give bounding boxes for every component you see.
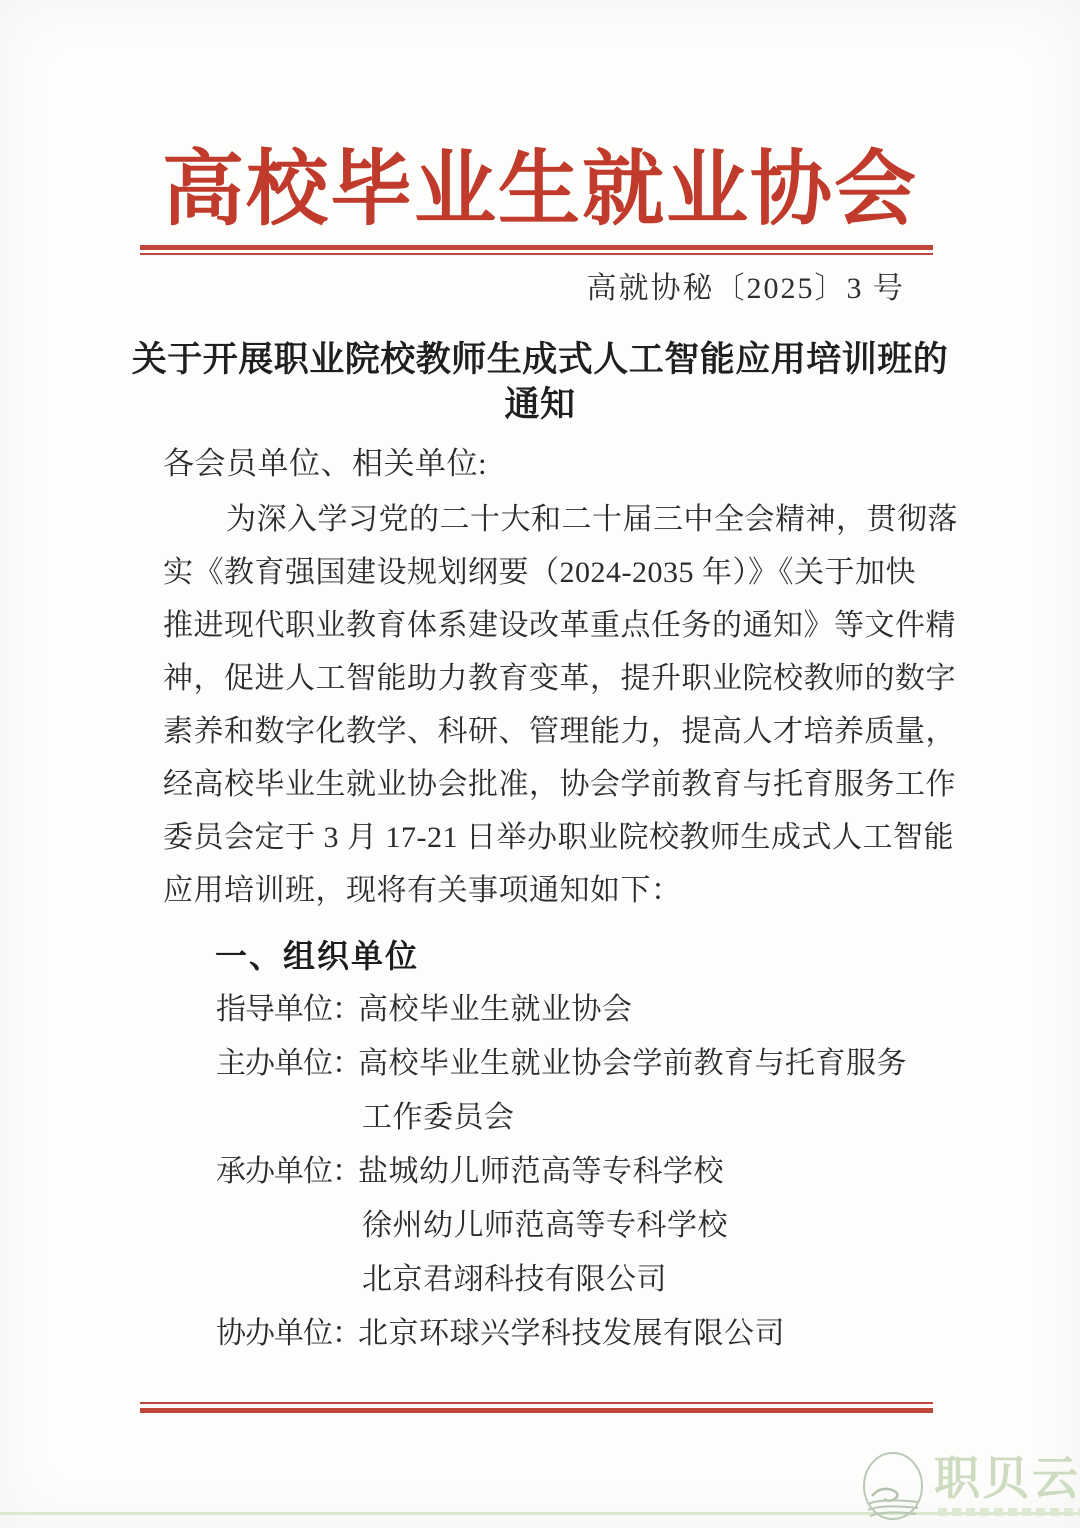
paragraph-line: 神，促进人工智能助力教育变革，提升职业院校教师的数字 [163,652,963,705]
org-row-value: 北京环球兴学科技发展有限公司 [358,1317,785,1350]
org-row-value: 盐城幼儿师范高等专科学校 [358,1155,724,1188]
footer-rule-thin [140,1402,933,1404]
org-row-host-cont: 工作委员会 [216,1091,907,1145]
document-title: 关于开展职业院校教师生成式人工智能应用培训班的 通知 [0,337,1080,427]
watermark: 职贝云数 [862,1450,1080,1528]
watermark-text: 职贝云数 [934,1452,1080,1504]
document-title-line2: 通知 [0,382,1080,427]
section-heading-organizers: 一、组织单位 [215,929,419,983]
paragraph-line: 素养和数字化教学、科研、管理能力，提高人才培养质量， [163,705,963,758]
org-row-value: 高校毕业生就业协会学前教育与托育服务 [358,1047,907,1080]
org-row-label: 承办单位： [216,1145,358,1199]
org-row-value: 高校毕业生就业协会 [358,993,633,1026]
paragraph-line: 实《教育强国建设规划纲要（2024-2035 年）》《关于加快 [163,546,963,599]
org-row-label: 协办单位： [216,1307,358,1361]
org-row-value: 徐州幼儿师范高等专科学校 [362,1209,728,1242]
paragraph-line: 委员会定于 3 月 17-21 日举办职业院校教师生成式人工智能 [163,811,963,864]
org-row-undertaker: 承办单位：盐城幼儿师范高等专科学校 [216,1145,907,1199]
paragraph-line: 经高校毕业生就业协会批准，协会学前教育与托育服务工作 [163,758,963,811]
paragraph-line: 为深入学习党的二十大和二十届三中全会精神，贯彻落 [163,493,963,546]
salutation: 各会员单位、相关单位: [163,437,487,491]
footer-rule-thick [140,1408,933,1413]
org-row-label: 指导单位： [216,983,358,1037]
org-row-value: 工作委员会 [362,1101,515,1134]
document-number: 高就协秘〔2025〕3 号 [587,272,906,306]
org-row-undertaker-cont: 徐州幼儿师范高等专科学校 [216,1199,907,1253]
watermark-subtext [938,1508,1080,1516]
body-paragraph: 为深入学习党的二十大和二十届三中全会精神，贯彻落 实《教育强国建设规划纲要（20… [163,493,963,917]
association-masthead: 高校毕业生就业协会 [0,142,1080,238]
org-row-guidance: 指导单位：高校毕业生就业协会 [216,983,907,1037]
org-row-value: 北京君翊科技有限公司 [362,1263,667,1296]
organizers-list: 指导单位：高校毕业生就业协会 主办单位：高校毕业生就业协会学前教育与托育服务 工… [216,983,907,1361]
org-row-coorganizer: 协办单位：北京环球兴学科技发展有限公司 [216,1307,907,1361]
document-title-line1: 关于开展职业院校教师生成式人工智能应用培训班的 [0,337,1080,382]
header-rule-thick [140,245,933,250]
watermark-wave-logo-icon [862,1452,926,1527]
paragraph-line: 推进现代职业教育体系建设改革重点任务的通知》等文件精 [163,599,963,652]
org-row-label: 主办单位： [216,1037,358,1091]
notice-document-page: 高校毕业生就业协会 高就协秘〔2025〕3 号 关于开展职业院校教师生成式人工智… [0,0,1080,1528]
paragraph-line: 应用培训班，现将有关事项通知如下： [163,864,963,917]
header-rule-thin [140,253,933,255]
org-row-host: 主办单位：高校毕业生就业协会学前教育与托育服务 [216,1037,907,1091]
org-row-undertaker-cont: 北京君翊科技有限公司 [216,1253,907,1307]
